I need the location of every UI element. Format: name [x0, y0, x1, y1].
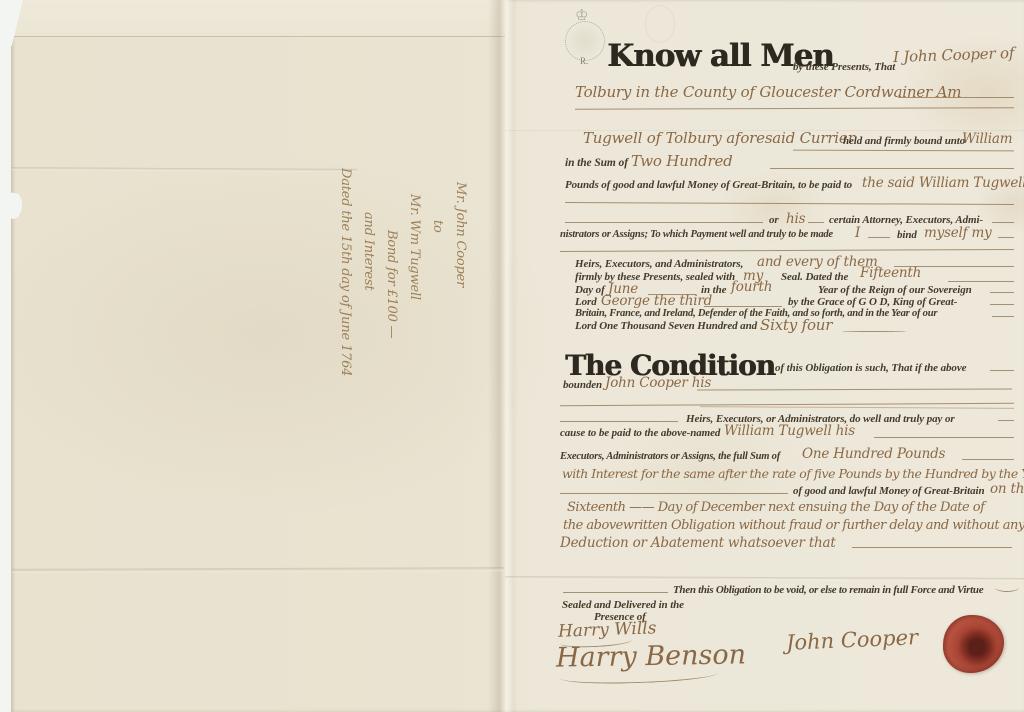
- docket-line: Dated the 15th day of June 1764: [334, 168, 357, 452]
- printed-text: in the Sum of: [565, 157, 628, 169]
- scanned-bond-document: Mr. John Cooper to Mr. Wm Tugwell Bond f…: [0, 0, 1024, 712]
- printed-text: by the Grace of G O D, King of Great-: [788, 296, 957, 308]
- ink-rule: [874, 437, 1014, 438]
- ink-rule: [898, 97, 1014, 98]
- printed-text: bounden: [563, 379, 602, 391]
- ink-rule: [992, 222, 1014, 223]
- printed-text: Britain, France, and Ireland, Defender o…: [575, 308, 937, 319]
- handwriting: on the: [990, 481, 1024, 497]
- printed-text: cause to be paid to the above-named: [560, 427, 720, 439]
- handwriting: the abovewritten Obligation without frau…: [563, 518, 1024, 533]
- docket-line: Mr. Wm Tugwell: [403, 194, 426, 452]
- handwriting: with Interest for the same after the rat…: [562, 466, 1024, 481]
- handwriting: Deduction or Abatement whatsoever that: [560, 535, 836, 551]
- printed-text: Year of the Reign of our Sovereign: [818, 284, 972, 296]
- printed-text: by these Presents, That: [793, 61, 895, 73]
- handwriting: fourth: [731, 279, 772, 295]
- printed-text: or: [769, 214, 779, 226]
- printed-text: of this Obligation is such, That if the …: [775, 362, 966, 374]
- handwriting: John Cooper his: [605, 375, 711, 391]
- ink-rule: [560, 493, 788, 494]
- ink-flourish: [995, 583, 1019, 592]
- printed-text: of good and lawful Money of Great-Britai…: [793, 485, 984, 497]
- printed-text: Lord One Thousand Seven Hundred and: [575, 320, 757, 332]
- handwriting: Sixty four: [760, 316, 832, 334]
- ink-rule: [998, 237, 1014, 238]
- ink-rule: [560, 421, 678, 422]
- printed-text: bind: [897, 229, 917, 241]
- handwriting: his: [786, 211, 805, 227]
- handwriting: Tolbury in the County of Gloucester Cord…: [575, 83, 961, 101]
- printed-text: nistrators or Assigns; To which Payment …: [560, 229, 833, 240]
- stamp-mark: R.: [580, 56, 588, 66]
- handwriting: George the third: [601, 293, 712, 309]
- docket-endorsement: Mr. John Cooper to Mr. Wm Tugwell Bond f…: [328, 168, 472, 452]
- ink-rule: [770, 168, 1014, 169]
- ink-rule: [808, 222, 824, 223]
- ink-rule: [704, 306, 782, 307]
- handwriting: the said William Tugwell: [862, 175, 1024, 191]
- center-fold-crease: [488, 0, 518, 712]
- printed-text: held and firmly bound unto: [843, 135, 965, 147]
- ink-rule: [948, 281, 1014, 282]
- handwriting: William Tugwell his: [724, 423, 855, 439]
- ink-rule: [990, 370, 1014, 371]
- back-leaf-top-edge: [11, 0, 505, 37]
- handwriting: Tugwell of Tolbury aforesaid Currier: [583, 129, 855, 147]
- docket-line: Bond for £100 —: [380, 230, 403, 452]
- printed-text: Lord: [575, 296, 597, 308]
- handwriting: I: [855, 225, 860, 241]
- ink-rule: [990, 292, 1014, 293]
- ink-rule: [868, 237, 890, 238]
- ink-rule: [962, 459, 1014, 460]
- handwriting: Sixteenth —— Day of December next ensuin…: [567, 500, 984, 515]
- handwriting: One Hundred Pounds: [802, 446, 945, 462]
- printed-text: Seal. Dated the: [781, 271, 848, 283]
- handwriting: Two Hundred: [631, 152, 733, 170]
- ink-rule: [990, 304, 1014, 305]
- printed-text: firmly by these Presents, sealed with: [575, 271, 735, 283]
- docket-line: to: [426, 220, 449, 452]
- ink-rule: [998, 420, 1014, 421]
- stamp-oval: [565, 21, 605, 61]
- ink-rule: [842, 331, 906, 332]
- printed-text: Executors, Administrators or Assigns, th…: [560, 451, 780, 462]
- docket-line: Mr. John Cooper: [449, 182, 472, 452]
- printed-text: Pounds of good and lawful Money of Great…: [565, 179, 852, 191]
- printed-text: Sealed and Delivered in the: [562, 599, 684, 611]
- ink-rule: [852, 547, 1012, 548]
- handwriting: William: [962, 131, 1012, 147]
- docket-line: and Interest: [357, 212, 380, 452]
- ink-rule: [563, 592, 668, 593]
- ink-rule: [565, 222, 763, 223]
- ink-rule: [992, 316, 1014, 317]
- handwriting: Fifteenth: [860, 265, 921, 281]
- handwriting: myself my: [924, 225, 992, 241]
- printed-text: Heirs, Executors, and Administrators,: [575, 258, 743, 270]
- printed-text: Then this Obligation to be void, or else…: [673, 584, 983, 596]
